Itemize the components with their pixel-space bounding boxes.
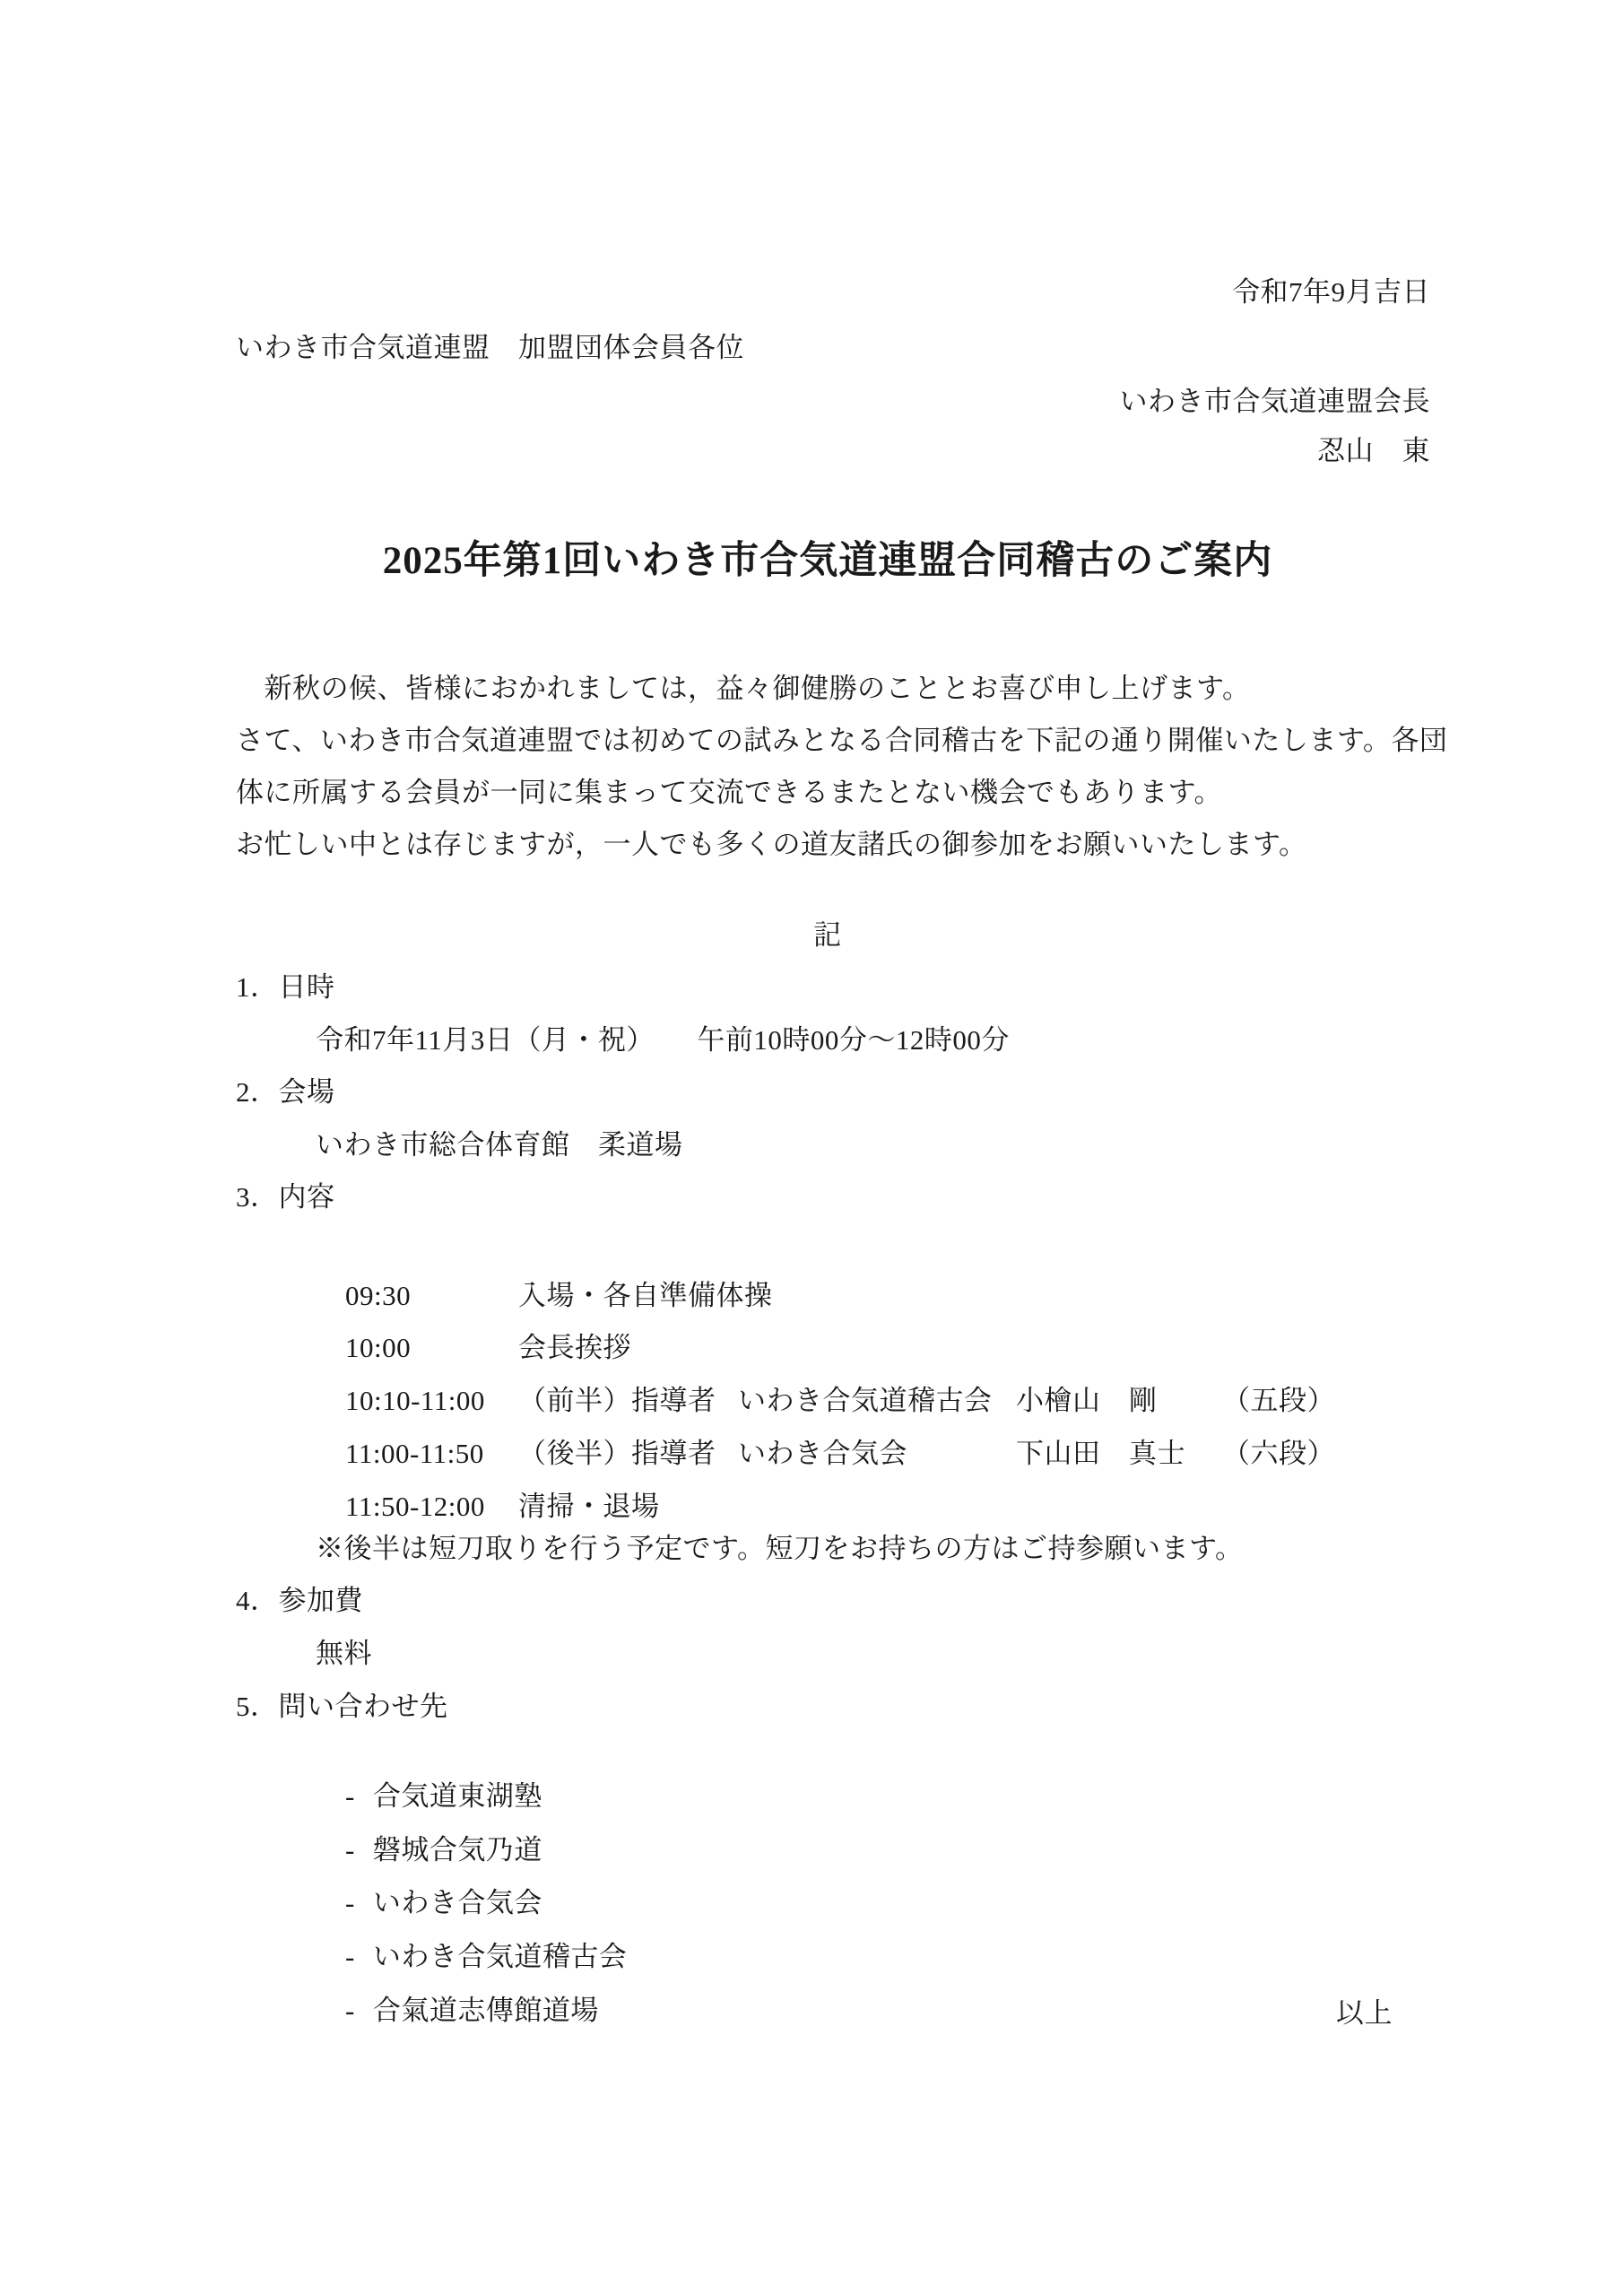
body-paragraph-line: お忙しい中とは存じますが，一人でも多くの道友諸氏の御参加をお願いいたします。 — [236, 828, 1307, 862]
body-paragraph-line: 体に所属する会員が一同に集まって交流できるまたとない機会でもあります。 — [236, 776, 1222, 810]
sender-title-line: いわき市合気道連盟会長 — [1120, 385, 1431, 419]
schedule-rank: （六段） — [1222, 1437, 1335, 1471]
schedule-description: 清掃・退場 — [518, 1490, 738, 1524]
body-paragraph-line: 新秋の候、皆様におかれましては，益々御健勝のこととお喜び申し上げます。 — [236, 672, 1251, 706]
section-contact-heading: 5．問い合わせ先 — [236, 1690, 448, 1724]
addressee-line: いわき市合気道連盟 加盟団体会員各位 — [236, 331, 744, 365]
sender-name-line: 忍山 東 — [1317, 434, 1430, 468]
section-venue-value: いわき市総合体育館 柔道場 — [316, 1128, 683, 1162]
section-contents-heading: 3．内容 — [236, 1180, 335, 1214]
schedule-time: 11:50-12:00 — [345, 1490, 518, 1524]
section-datetime-heading: 1．日時 — [236, 970, 335, 1004]
document-title: 2025年第1回いわき市合気道連盟合同稽古のご案内 — [236, 536, 1419, 587]
document-page: 令和7年9月吉日 いわき市合気道連盟 加盟団体会員各位 いわき市合気道連盟会長 … — [0, 0, 1623, 2296]
bullet-dash: - — [345, 1994, 355, 2028]
note-line: ※後半は短刀取りを行う予定です。短刀をお持ちの方はご持参願います。 — [316, 1532, 1244, 1566]
contact-name: 合氣道志傳館道場 — [373, 1995, 599, 2026]
section-fee-heading: 4．参加費 — [236, 1584, 363, 1618]
section-venue-heading: 2．会場 — [236, 1075, 335, 1109]
document-date: 令和7年9月吉日 — [1232, 275, 1430, 309]
closing-line: 以上 — [1336, 1996, 1393, 2031]
body-paragraph-line: さて、いわき市合気道連盟では初めての試みとなる合同稽古を下記の通り開催いたします… — [236, 724, 1447, 758]
record-marker: 記 — [236, 918, 1419, 952]
section-datetime-value: 令和7年11月3日（月・祝） 午前10時00分～12時00分 — [316, 1023, 1010, 1057]
contact-item: -合氣道志傳館道場 — [316, 1960, 599, 2062]
section-fee-value: 無料 — [316, 1637, 372, 1671]
